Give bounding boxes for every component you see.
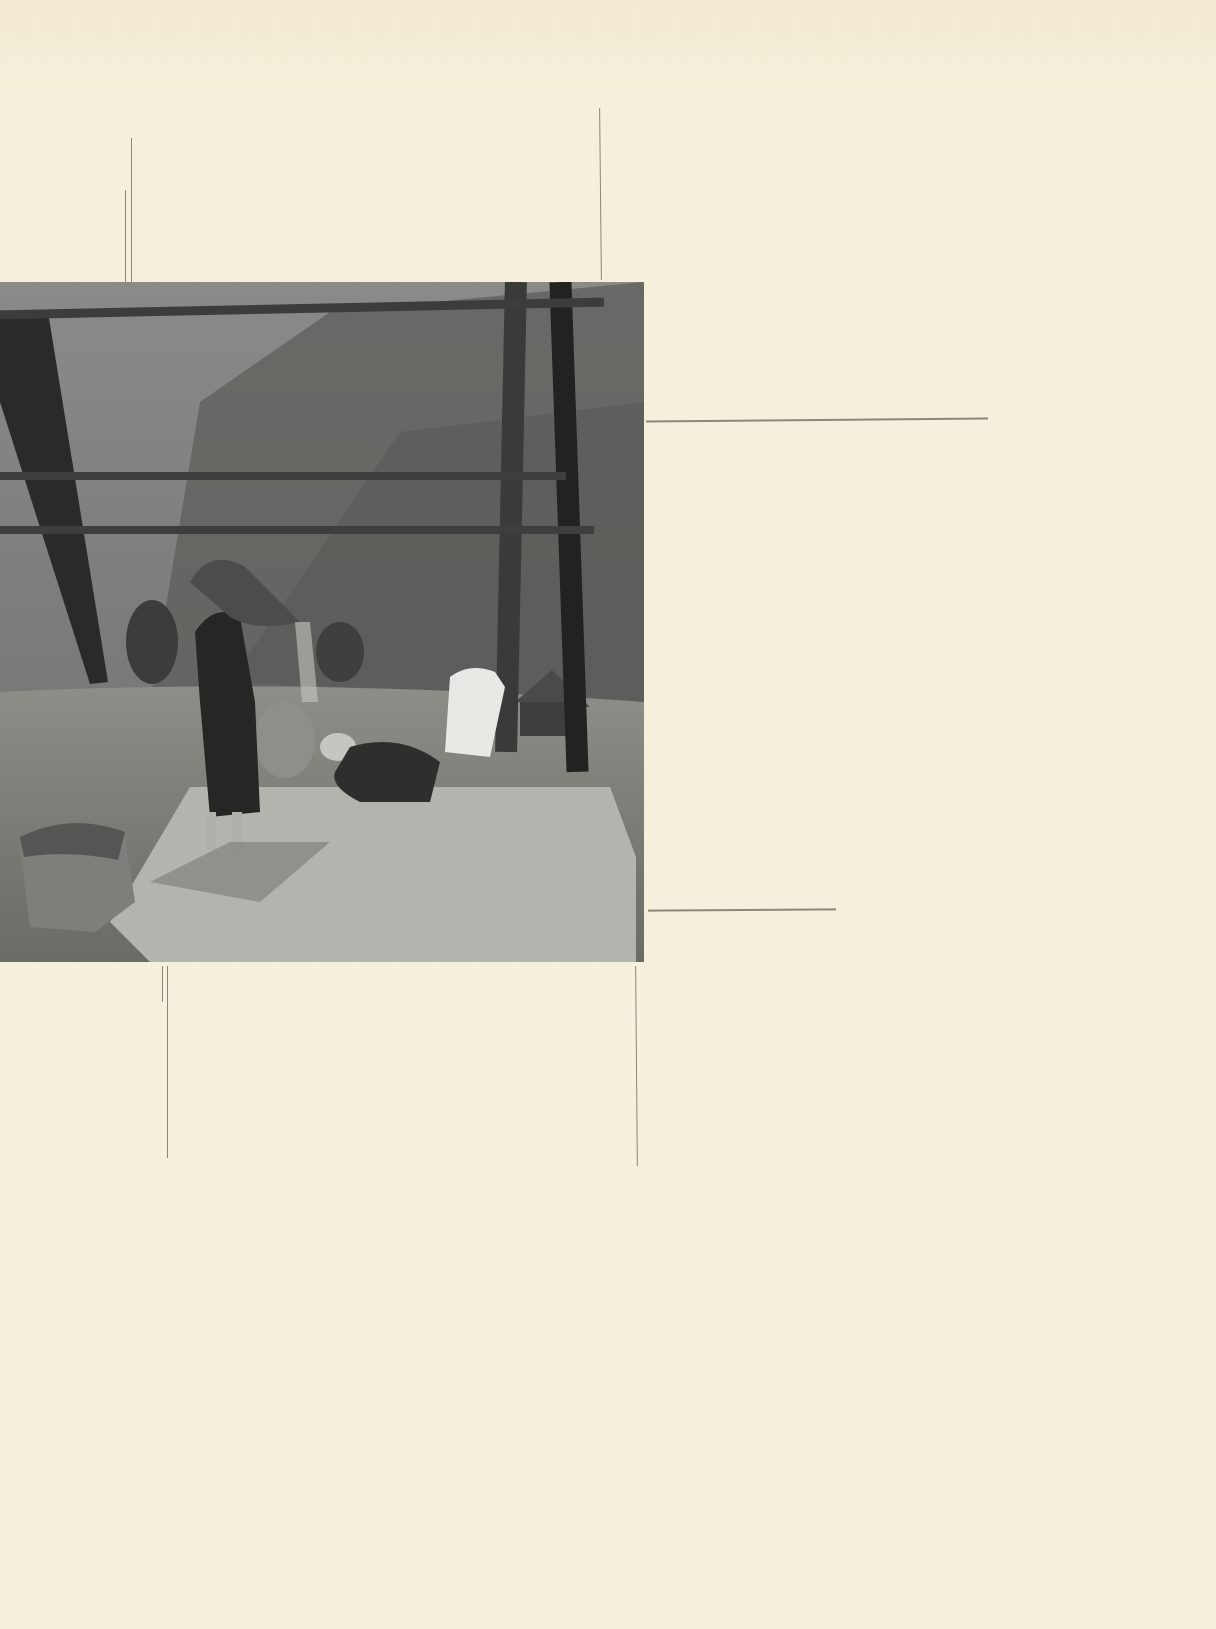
- crop-mark-top-left-b: [125, 190, 126, 283]
- crop-mark-bottom-right: [635, 966, 638, 1166]
- crop-mark-top-right: [599, 108, 602, 280]
- crop-mark-right-lower: [648, 908, 836, 911]
- photograph-scene: [0, 282, 644, 962]
- crop-mark-bottom-left: [167, 966, 168, 1158]
- mounted-photograph: [0, 282, 644, 962]
- crop-mark-right-upper: [646, 418, 988, 422]
- crop-mark-top-left-a: [131, 138, 132, 283]
- crop-mark-bottom-left-b: [162, 966, 163, 1002]
